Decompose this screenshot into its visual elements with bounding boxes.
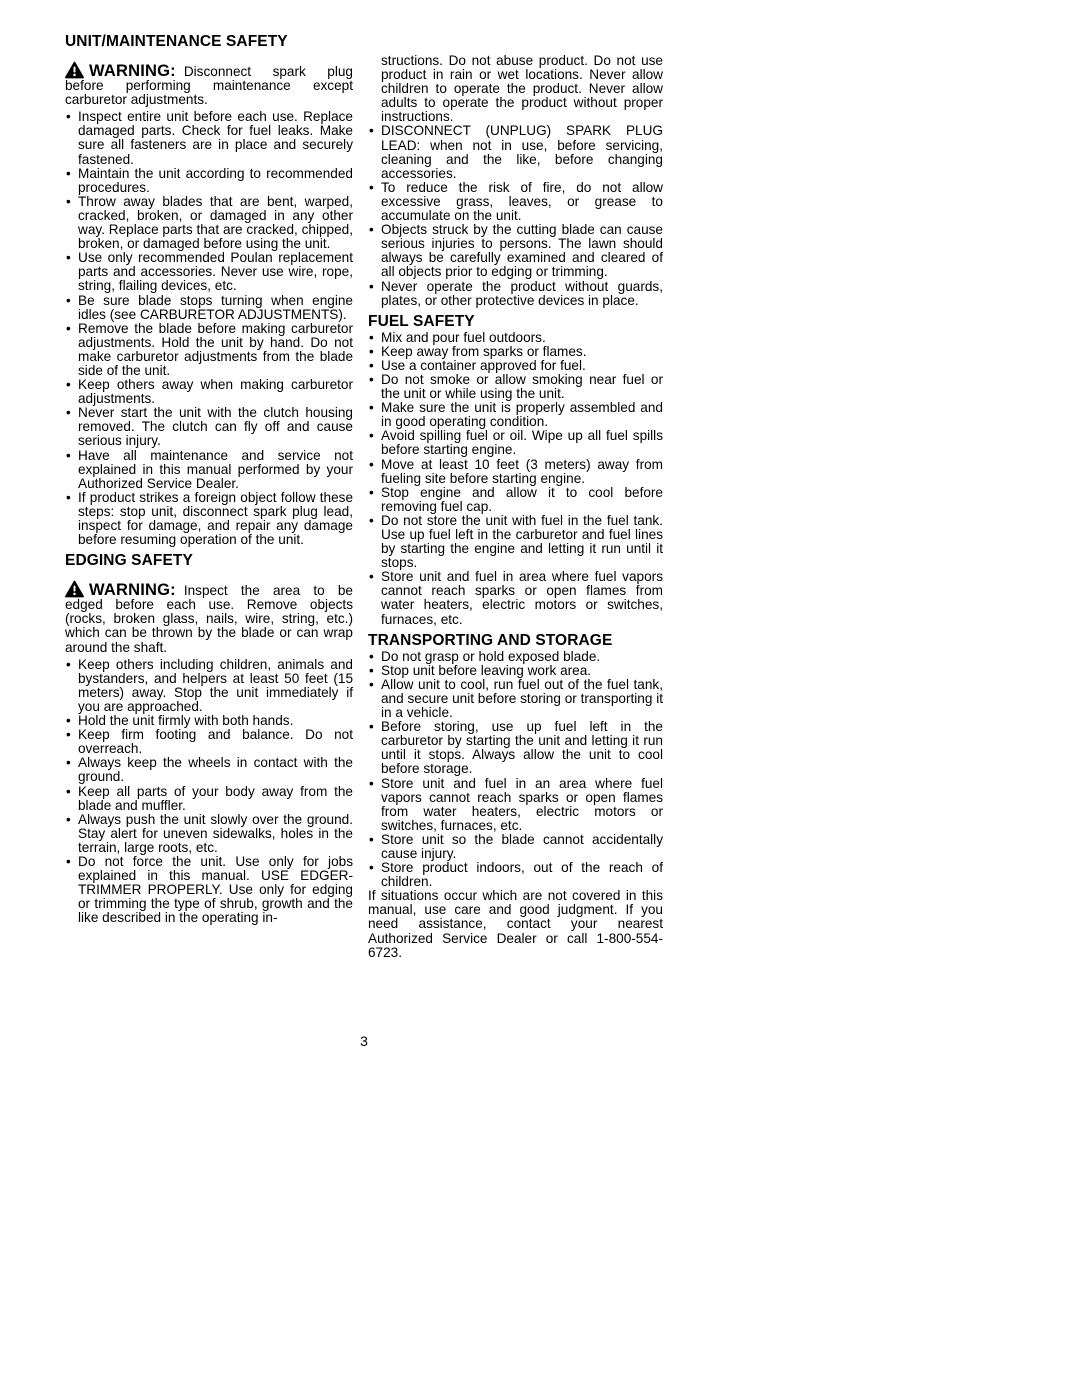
list-item-text: Do not smoke or allow smoking near fuel …	[381, 372, 663, 401]
bullet-icon: •	[369, 486, 374, 500]
bullet-icon: •	[369, 833, 374, 847]
list-item: •Store unit and fuel in area where fuel …	[368, 570, 663, 626]
list-item-text: Move at least 10 feet (3 meters) away fr…	[381, 457, 663, 486]
list-item-text: Objects struck by the cutting blade can …	[381, 222, 663, 279]
list-item: •Allow unit to cool, run fuel out of the…	[368, 678, 663, 720]
right-column: structions. Do not abuse product. Do not…	[368, 33, 663, 960]
bullet-icon: •	[66, 785, 71, 799]
list-item-text: Inspect entire unit before each use. Rep…	[78, 109, 353, 166]
list-item: •Move at least 10 feet (3 meters) away f…	[368, 458, 663, 486]
list-item: •Do not grasp or hold exposed blade.	[368, 650, 663, 664]
bullet-list: •Mix and pour fuel outdoors.•Keep away f…	[368, 331, 663, 627]
warning-note: WARNING:Inspect the area to be edged bef…	[65, 580, 353, 654]
bullet-icon: •	[369, 720, 374, 734]
list-item: •Keep others away when making carburetor…	[65, 378, 353, 406]
bullet-icon: •	[369, 401, 374, 415]
bullet-icon: •	[66, 294, 71, 308]
bullet-icon: •	[66, 658, 71, 672]
list-item-text: Keep others away when making carburetor …	[78, 377, 353, 406]
bullet-icon: •	[66, 491, 71, 505]
bullet-icon: •	[369, 345, 374, 359]
bullet-icon: •	[66, 167, 71, 181]
list-item: •Use only recommended Poulan replacement…	[65, 251, 353, 293]
list-item-text: Stop unit before leaving work area.	[381, 663, 591, 678]
bullet-icon: •	[66, 110, 71, 124]
list-item: •Hold the unit firmly with both hands.	[65, 714, 353, 728]
page-content: UNIT/MAINTENANCE SAFETYWARNING:Disconnec…	[65, 33, 663, 960]
bullet-icon: •	[369, 777, 374, 791]
bullet-list: •Do not grasp or hold exposed blade.•Sto…	[368, 650, 663, 890]
paragraph: structions. Do not abuse product. Do not…	[368, 54, 663, 124]
list-item-text: Avoid spilling fuel or oil. Wipe up all …	[381, 428, 663, 457]
paragraph: If situations occur which are not covere…	[368, 889, 663, 959]
warning-triangle-icon	[65, 64, 89, 79]
list-item-text: Keep firm footing and balance. Do not ov…	[78, 727, 353, 756]
list-item: •Mix and pour fuel outdoors.	[368, 331, 663, 345]
list-item-text: Remove the blade before making carbureto…	[78, 321, 353, 378]
list-item-text: Mix and pour fuel outdoors.	[381, 330, 546, 345]
bullet-icon: •	[369, 650, 374, 664]
list-item: •Maintain the unit according to recommen…	[65, 167, 353, 195]
list-item: •Stop unit before leaving work area.	[368, 664, 663, 678]
bullet-icon: •	[369, 514, 374, 528]
list-item-text: Have all maintenance and service not exp…	[78, 448, 353, 491]
bullet-icon: •	[369, 359, 374, 373]
bullet-icon: •	[369, 458, 374, 472]
bullet-icon: •	[369, 861, 374, 875]
section-heading: UNIT/MAINTENANCE SAFETY	[65, 33, 353, 50]
list-item-text: Keep away from sparks or flames.	[381, 344, 587, 359]
list-item: •Be sure blade stops turning when engine…	[65, 294, 353, 322]
list-item-text: Never start the unit with the clutch hou…	[78, 405, 353, 448]
list-item-text: Allow unit to cool, run fuel out of the …	[381, 677, 663, 720]
list-item: •Never start the unit with the clutch ho…	[65, 406, 353, 448]
bullet-icon: •	[66, 378, 71, 392]
bullet-icon: •	[66, 322, 71, 336]
list-item-text: Maintain the unit according to recommend…	[78, 166, 353, 195]
list-item: •Store unit so the blade cannot accident…	[368, 833, 663, 861]
warning-note: WARNING:Disconnect spark plug before per…	[65, 61, 353, 107]
list-item-text: Do not grasp or hold exposed blade.	[381, 649, 600, 664]
bullet-icon: •	[66, 406, 71, 420]
bullet-icon: •	[369, 678, 374, 692]
bullet-icon: •	[369, 570, 374, 584]
list-item: •If product strikes a foreign object fol…	[65, 491, 353, 547]
list-item: •Never operate the product without guard…	[368, 280, 663, 308]
warning-triangle-icon	[65, 583, 89, 598]
bullet-icon: •	[66, 449, 71, 463]
list-item-text: Store unit and fuel in area where fuel v…	[381, 569, 663, 626]
list-item-text: Do not force the unit. Use only for jobs…	[78, 854, 353, 925]
section-heading: TRANSPORTING AND STORAGE	[368, 632, 663, 649]
list-item-text: Make sure the unit is properly assembled…	[381, 400, 663, 429]
list-item-text: Be sure blade stops turning when engine …	[78, 293, 353, 322]
bullet-icon: •	[369, 331, 374, 345]
list-item: •Have all maintenance and service not ex…	[65, 449, 353, 491]
list-item: •Before storing, use up fuel left in the…	[368, 720, 663, 776]
bullet-icon: •	[369, 181, 374, 195]
list-item-text: Do not store the unit with fuel in the f…	[381, 513, 663, 570]
list-item: •Avoid spilling fuel or oil. Wipe up all…	[368, 429, 663, 457]
bullet-list: •Inspect entire unit before each use. Re…	[65, 110, 353, 547]
list-item-text: Keep others including children, animals …	[78, 657, 353, 714]
list-item: •Remove the blade before making carburet…	[65, 322, 353, 378]
list-item: •Do not force the unit. Use only for job…	[65, 855, 353, 925]
bullet-icon: •	[369, 429, 374, 443]
section-heading: FUEL SAFETY	[368, 313, 663, 330]
list-item-text: Throw away blades that are bent, warped,…	[78, 194, 353, 251]
list-item: •Do not smoke or allow smoking near fuel…	[368, 373, 663, 401]
list-item: •Keep others including children, animals…	[65, 658, 353, 714]
manual-page: UNIT/MAINTENANCE SAFETYWARNING:Disconnec…	[0, 0, 1080, 1397]
section-heading: EDGING SAFETY	[65, 552, 353, 569]
list-item: •Keep all parts of your body away from t…	[65, 785, 353, 813]
left-column: UNIT/MAINTENANCE SAFETYWARNING:Disconnec…	[65, 33, 353, 960]
bullet-icon: •	[369, 280, 374, 294]
list-item-text: To reduce the risk of fire, do not allow…	[381, 180, 663, 223]
list-item-text: Always keep the wheels in contact with t…	[78, 755, 353, 784]
list-item: •Stop engine and allow it to cool before…	[368, 486, 663, 514]
bullet-icon: •	[66, 855, 71, 869]
list-item-text: Stop engine and allow it to cool before …	[381, 485, 663, 514]
list-item: •Objects struck by the cutting blade can…	[368, 223, 663, 279]
list-item-text: Keep all parts of your body away from th…	[78, 784, 353, 813]
bullet-icon: •	[66, 756, 71, 770]
list-item-text: Never operate the product without guards…	[381, 279, 663, 308]
list-item: •Inspect entire unit before each use. Re…	[65, 110, 353, 166]
list-item: •Always push the unit slowly over the gr…	[65, 813, 353, 855]
list-item: •Keep away from sparks or flames.	[368, 345, 663, 359]
list-item-text: Always push the unit slowly over the gro…	[78, 812, 353, 855]
bullet-icon: •	[66, 728, 71, 742]
bullet-list: •DISCONNECT (UNPLUG) SPARK PLUG LEAD: wh…	[368, 124, 663, 307]
list-item-text: Hold the unit firmly with both hands.	[78, 713, 293, 728]
list-item: •Store product indoors, out of the reach…	[368, 861, 663, 889]
list-item-text: Use a container approved for fuel.	[381, 358, 586, 373]
list-item-text: Store product indoors, out of the reach …	[381, 860, 663, 889]
list-item: •DISCONNECT (UNPLUG) SPARK PLUG LEAD: wh…	[368, 124, 663, 180]
list-item-text: If product strikes a foreign object foll…	[78, 490, 353, 547]
bullet-icon: •	[66, 195, 71, 209]
bullet-icon: •	[369, 664, 374, 678]
list-item-text: Before storing, use up fuel left in the …	[381, 719, 663, 776]
page-number: 3	[65, 1033, 663, 1049]
list-item-text: DISCONNECT (UNPLUG) SPARK PLUG LEAD: whe…	[381, 123, 663, 180]
bullet-icon: •	[66, 251, 71, 265]
list-item: •To reduce the risk of fire, do not allo…	[368, 181, 663, 223]
bullet-list: •Keep others including children, animals…	[65, 658, 353, 926]
list-item: •Store unit and fuel in an area where fu…	[368, 777, 663, 833]
list-item: •Always keep the wheels in contact with …	[65, 756, 353, 784]
bullet-icon: •	[369, 373, 374, 387]
bullet-icon: •	[66, 714, 71, 728]
bullet-icon: •	[369, 223, 374, 237]
list-item: •Use a container approved for fuel.	[368, 359, 663, 373]
list-item-text: Use only recommended Poulan replacement …	[78, 250, 353, 293]
list-item: •Do not store the unit with fuel in the …	[368, 514, 663, 570]
list-item: •Make sure the unit is properly assemble…	[368, 401, 663, 429]
list-item-text: Store unit so the blade cannot accidenta…	[381, 832, 663, 861]
list-item: •Keep firm footing and balance. Do not o…	[65, 728, 353, 756]
list-item: •Throw away blades that are bent, warped…	[65, 195, 353, 251]
bullet-icon: •	[66, 813, 71, 827]
list-item-text: Store unit and fuel in an area where fue…	[381, 776, 663, 833]
bullet-icon: •	[369, 124, 374, 138]
